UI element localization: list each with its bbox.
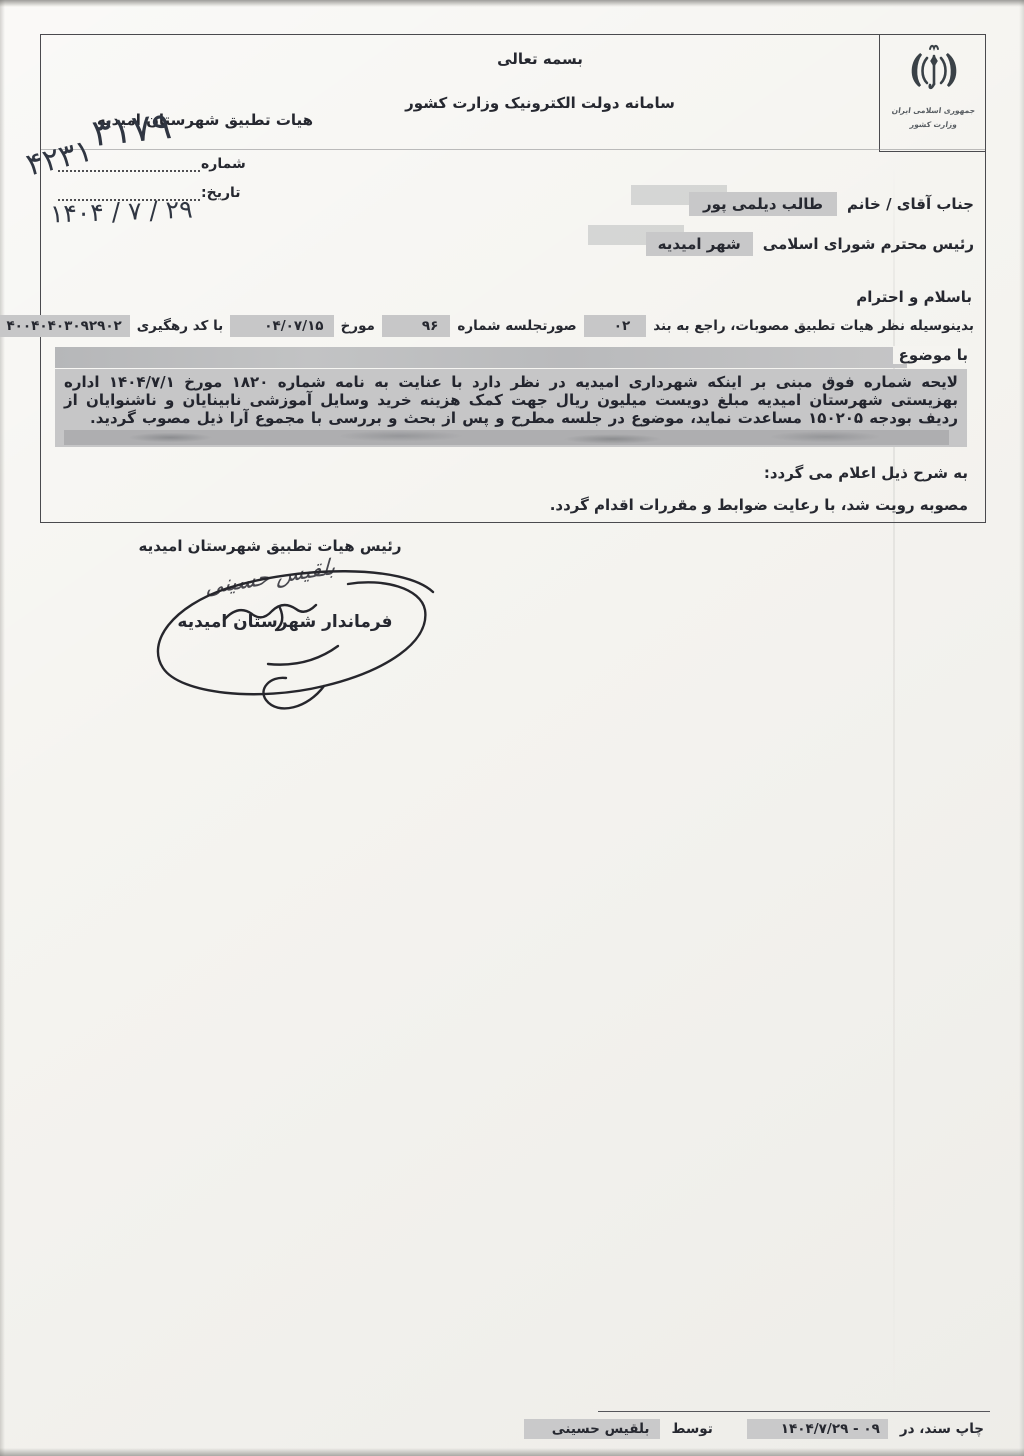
recipient-name-highlight: طالب دیلمی پور xyxy=(689,192,837,216)
scan-edge-left xyxy=(0,0,5,1456)
scan-smudge-strip xyxy=(64,430,949,445)
footer-divider xyxy=(598,1411,990,1412)
body-segment-2: صورتجلسه شماره xyxy=(457,318,576,334)
date-label: تاریخ: xyxy=(201,185,241,201)
session-number-highlight: ۹۶ xyxy=(382,315,450,337)
body-segment-3: مورخ xyxy=(341,318,375,334)
handwritten-date: ۱۴۰۴ / ۷ / ۲۹ xyxy=(50,195,194,229)
signature-scribble xyxy=(128,550,458,720)
subject-paragraph: لایحه شماره فوق مبنی بر اینکه شهرداری ام… xyxy=(64,373,958,427)
recipient-org-highlight: شهر امیدیه xyxy=(646,232,753,256)
header-divider xyxy=(41,149,985,150)
reference-line: بدینوسیله نظر هیات تطبیق مصوبات، راجع به… xyxy=(0,315,974,337)
body-segment-4: با کد رهگیری xyxy=(137,318,223,334)
handwritten-ref-number: ۳۱۷۹ xyxy=(90,104,174,155)
iran-emblem-icon xyxy=(907,42,961,104)
system-title: سامانه دولت الکترونیک وزارت کشور xyxy=(340,94,740,112)
recipient-title: رئیس محترم شورای اسلامی xyxy=(763,235,974,253)
salutation-text: باسلام و احترام xyxy=(856,288,972,306)
scan-edge-bottom xyxy=(0,1448,1024,1456)
footer-print-label: چاپ سند، در xyxy=(900,1421,984,1437)
emblem-caption-country: جمهوری اسلامی ایران xyxy=(879,106,987,115)
recipient-line-1: جناب آقای / خانم طالب دیلمی پور xyxy=(631,192,974,216)
basmala-text: بسمه تعالی xyxy=(340,50,740,68)
footer-datetime-highlight: ۰۹ - ۱۴۰۴/۷/۲۹ xyxy=(747,1419,888,1439)
footer-print-line: چاپ سند، در ۰۹ - ۱۴۰۴/۷/۲۹ توسط بلقیس حس… xyxy=(524,1419,984,1439)
decision-text: مصوبه رویت شد، با رعایت ضوابط و مقررات ا… xyxy=(550,496,968,514)
recipient-line-2: رئیس محترم شورای اسلامی شهر امیدیه xyxy=(588,232,974,256)
scan-edge-top xyxy=(0,0,1024,7)
scan-edge-right xyxy=(1019,0,1024,1456)
footer-by-label: توسط xyxy=(672,1421,713,1437)
scanned-letter-page: جمهوری اسلامی ایران وزارت کشور بسمه تعال… xyxy=(0,0,1024,1456)
number-label: شماره xyxy=(201,156,246,172)
band-number-highlight: ۰۲ xyxy=(584,315,646,337)
session-date-highlight: ۰۴/۰۷/۱۵ xyxy=(230,315,333,337)
recipient-greeting: جناب آقای / خانم xyxy=(847,195,974,213)
footer-username-highlight: بلقیس حسینی xyxy=(524,1419,660,1439)
announcement-text: به شرح ذیل اعلام می گردد: xyxy=(764,464,968,482)
subject-block: لایحه شماره فوق مبنی بر اینکه شهرداری ام… xyxy=(55,369,967,447)
subject-label: با موضوع xyxy=(893,346,968,364)
tracking-code-highlight: ۴۰۰۴۰۴۰۳۰۹۲۹۰۲ xyxy=(0,315,130,337)
emblem-caption-ministry: وزارت کشور xyxy=(879,120,987,129)
body-segment-1: بدینوسیله نظر هیات تطبیق مصوبات، راجع به… xyxy=(653,318,974,334)
ministry-emblem-box: جمهوری اسلامی ایران وزارت کشور xyxy=(879,34,986,152)
subject-highlight-bar xyxy=(55,347,907,368)
